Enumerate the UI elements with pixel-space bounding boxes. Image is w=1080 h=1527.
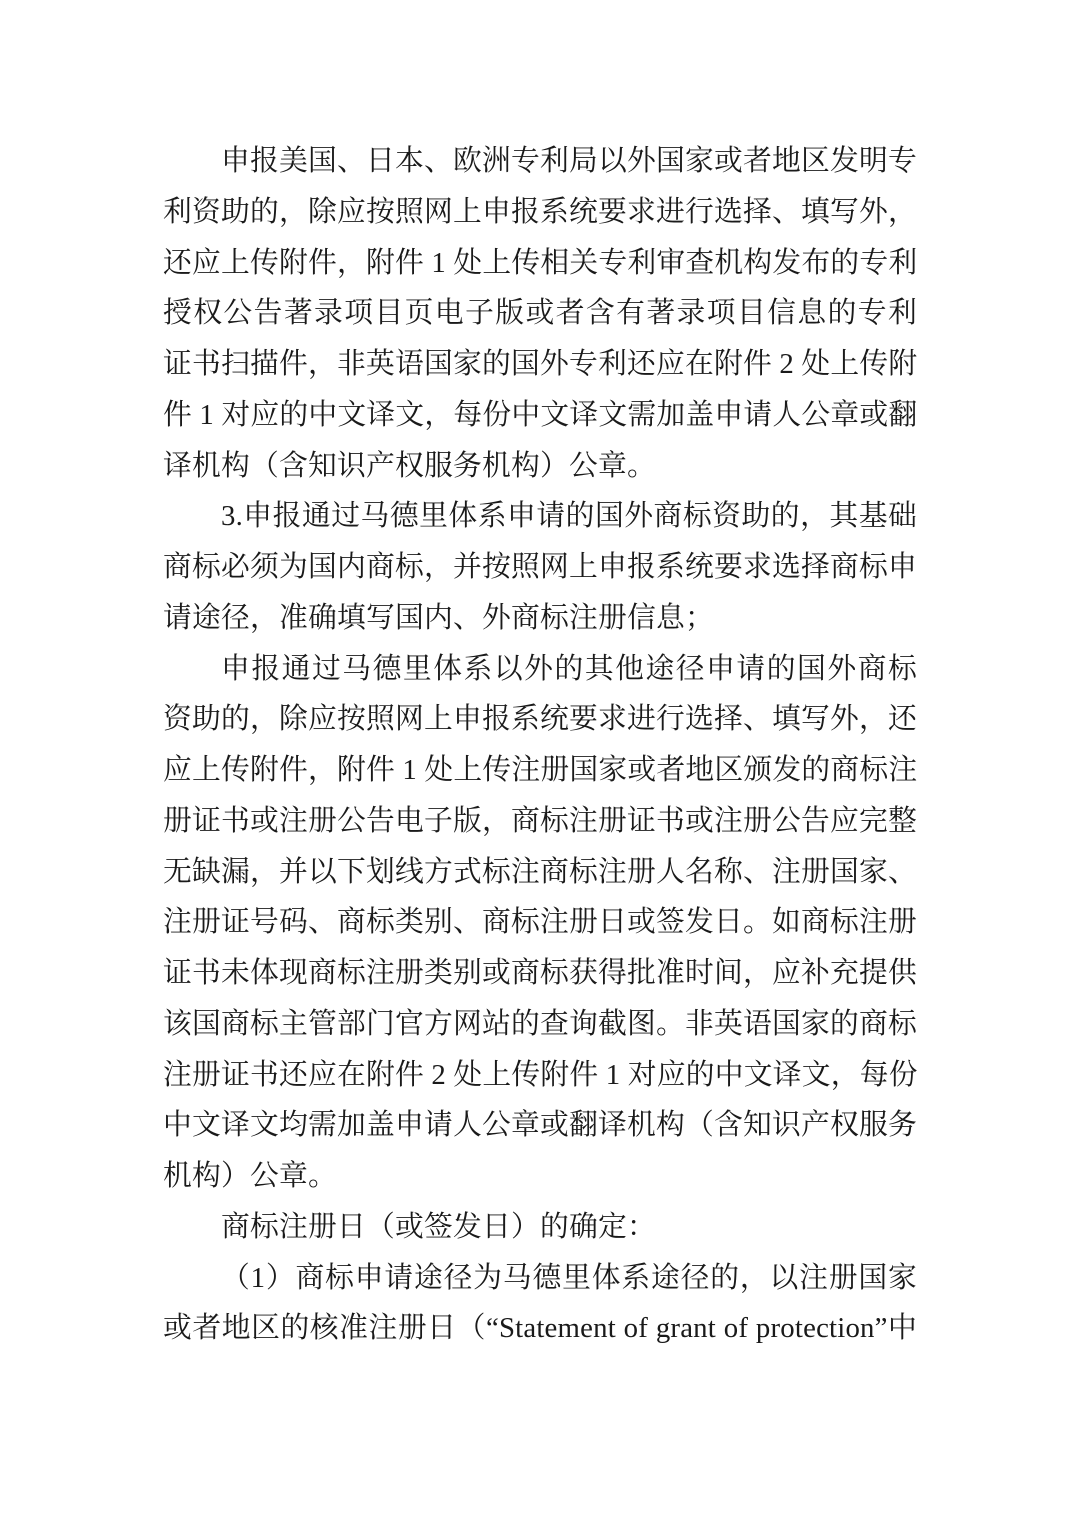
document-page: 申报美国、日本、欧洲专利局以外国家或者地区发明专利资助的，除应按照网上申报系统要…: [0, 0, 1080, 1527]
text-line: 机构）公章。: [163, 1151, 917, 1202]
text-line: 注册证号码、商标类别、商标注册日或签发日。如商标注册: [163, 897, 917, 948]
text-line: 申报通过马德里体系以外的其他途径申请的国外商标: [163, 644, 917, 695]
text-line: 申报美国、日本、欧洲专利局以外国家或者地区发明专: [163, 136, 917, 187]
paragraph: （1）商标申请途径为马德里体系途径的，以注册国家或者地区的核准注册日（“Stat…: [163, 1253, 917, 1355]
text-line: 商标必须为国内商标，并按照网上申报系统要求选择商标申: [163, 542, 917, 593]
text-line: 利资助的，除应按照网上申报系统要求进行选择、填写外，: [163, 187, 917, 238]
text-line: 请途径，准确填写国内、外商标注册信息；: [163, 593, 917, 644]
text-line: 授权公告著录项目页电子版或者含有著录项目信息的专利: [163, 288, 917, 339]
text-line: 无缺漏，并以下划线方式标注商标注册人名称、注册国家、: [163, 847, 917, 898]
text-line: 该国商标主管部门官方网站的查询截图。非英语国家的商标: [163, 999, 917, 1050]
text-line: 中文译文均需加盖申请人公章或翻译机构（含知识产权服务: [163, 1100, 917, 1151]
text-line: 注册证书还应在附件 2 处上传附件 1 对应的中文译文，每份: [163, 1050, 917, 1101]
paragraph: 商标注册日（或签发日）的确定：: [163, 1202, 917, 1253]
text-line: 证书扫描件，非英语国家的国外专利还应在附件 2 处上传附: [163, 339, 917, 390]
text-line: 资助的，除应按照网上申报系统要求进行选择、填写外，还: [163, 694, 917, 745]
text-line: 证书未体现商标注册类别或商标获得批准时间，应补充提供: [163, 948, 917, 999]
text-line: 译机构（含知识产权服务机构）公章。: [163, 441, 917, 492]
text-line: （1）商标申请途径为马德里体系途径的，以注册国家: [163, 1253, 917, 1304]
document-body: 申报美国、日本、欧洲专利局以外国家或者地区发明专利资助的，除应按照网上申报系统要…: [163, 136, 917, 1354]
text-line: 还应上传附件，附件 1 处上传相关专利审查机构发布的专利: [163, 238, 917, 289]
text-line: 商标注册日（或签发日）的确定：: [163, 1202, 917, 1253]
text-line: 件 1 对应的中文译文，每份中文译文需加盖申请人公章或翻: [163, 390, 917, 441]
text-line: 册证书或注册公告电子版，商标注册证书或注册公告应完整: [163, 796, 917, 847]
text-line: 应上传附件，附件 1 处上传注册国家或者地区颁发的商标注: [163, 745, 917, 796]
text-line: 或者地区的核准注册日（“Statement of grant of protec…: [163, 1303, 917, 1354]
text-line: 3.申报通过马德里体系申请的国外商标资助的，其基础: [163, 491, 917, 542]
paragraph: 3.申报通过马德里体系申请的国外商标资助的，其基础商标必须为国内商标，并按照网上…: [163, 491, 917, 643]
paragraph: 申报美国、日本、欧洲专利局以外国家或者地区发明专利资助的，除应按照网上申报系统要…: [163, 136, 917, 491]
paragraph: 申报通过马德里体系以外的其他途径申请的国外商标资助的，除应按照网上申报系统要求进…: [163, 644, 917, 1202]
